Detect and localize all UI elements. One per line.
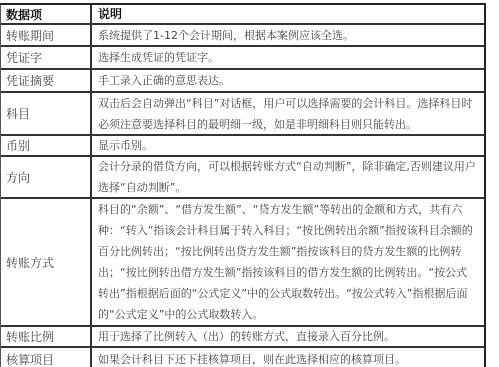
row-desc: 系统提供了1-12个会计期间，根据本案例应该全选。 bbox=[92, 25, 484, 45]
row-item: 转账方式 bbox=[1, 199, 92, 325]
row-desc: 手工录入正确的意思表达。 bbox=[92, 70, 484, 91]
data-item-table: 数据项 说明 转账期间 系统提供了1-12个会计期间，根据本案例应该全选。 凭证… bbox=[0, 3, 486, 367]
table-row: 转账比例 用于选择了比例转入（出）的转账方式，直接录入百分比例。 bbox=[1, 327, 484, 348]
table-header-row: 数据项 说明 bbox=[1, 5, 484, 25]
table-row: 币别 显示币别。 bbox=[1, 136, 484, 157]
row-desc: 会计分录的借贷方向，可以根据转账方式“自动判断”，除非确定,否则建议用户选择“自… bbox=[92, 157, 484, 197]
row-desc: 科目的“余额”、“借方发生额”、“贷方发生额”等转出的金额和方式，共有六种：“转… bbox=[92, 199, 484, 325]
table-row: 方向 会计分录的借贷方向，可以根据转账方式“自动判断”，除非确定,否则建议用户选… bbox=[1, 157, 484, 199]
row-desc: 双击后会自动弹出“科目”对话框，用户可以选择需要的会计科目。选择科目时必须注意要… bbox=[92, 93, 484, 134]
row-item: 科目 bbox=[1, 93, 92, 134]
table-row: 凭证摘要 手工录入正确的意思表达。 bbox=[1, 70, 484, 93]
row-item: 币别 bbox=[1, 136, 92, 155]
row-item: 方向 bbox=[1, 157, 92, 197]
row-item: 转账期间 bbox=[1, 25, 92, 45]
table-row: 凭证字 选择生成凭证的凭证字。 bbox=[1, 47, 484, 70]
row-item: 核算项目 bbox=[1, 348, 92, 367]
row-desc: 显示币别。 bbox=[92, 136, 484, 155]
row-desc: 用于选择了比例转入（出）的转账方式，直接录入百分比例。 bbox=[92, 327, 484, 346]
header-data-item: 数据项 bbox=[1, 5, 92, 23]
header-description: 说明 bbox=[92, 5, 484, 23]
row-item: 转账比例 bbox=[1, 327, 92, 346]
table-row: 核算项目 如果会计科目下还下挂核算项目，则在此选择相应的核算项目。 bbox=[1, 348, 484, 367]
row-desc: 如果会计科目下还下挂核算项目，则在此选择相应的核算项目。 bbox=[92, 348, 484, 367]
row-item: 凭证字 bbox=[1, 47, 92, 68]
table-row: 转账期间 系统提供了1-12个会计期间，根据本案例应该全选。 bbox=[1, 25, 484, 47]
row-desc: 选择生成凭证的凭证字。 bbox=[92, 47, 484, 68]
row-item: 凭证摘要 bbox=[1, 70, 92, 91]
table-row: 科目 双击后会自动弹出“科目”对话框，用户可以选择需要的会计科目。选择科目时必须… bbox=[1, 93, 484, 136]
table-row: 转账方式 科目的“余额”、“借方发生额”、“贷方发生额”等转出的金额和方式，共有… bbox=[1, 199, 484, 327]
